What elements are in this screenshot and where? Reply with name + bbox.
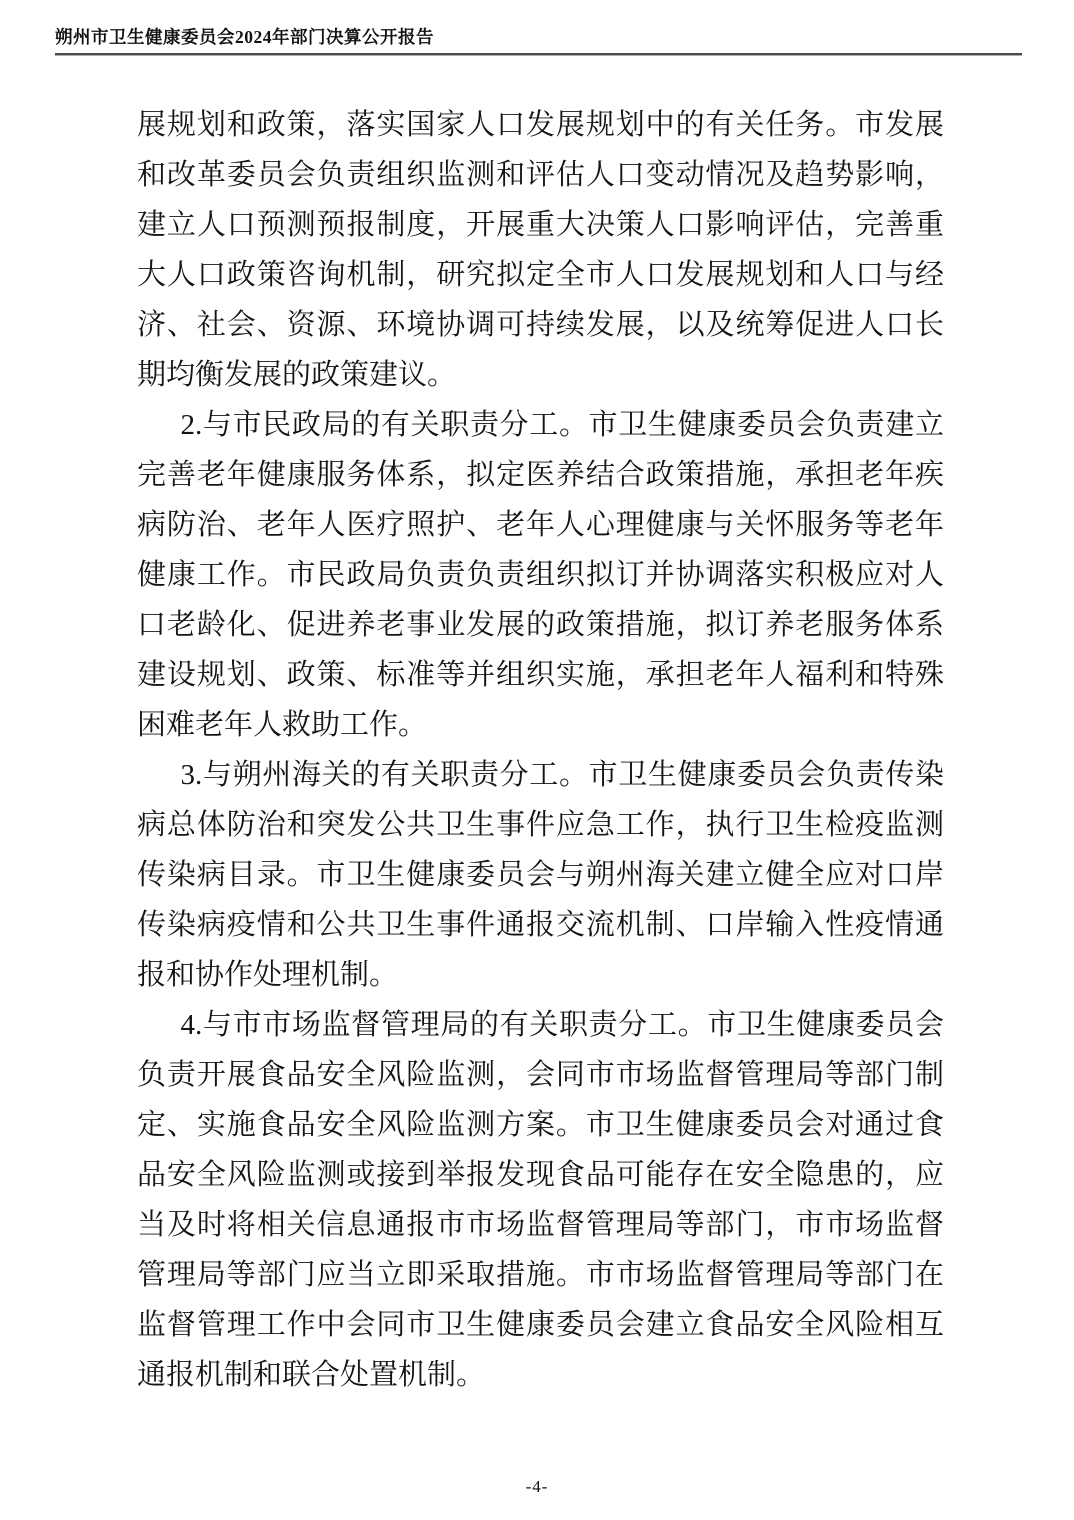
document-body: 展规划和政策，落实国家人口发展规划中的有关任务。市发展和改革委员会负责组织监测和… — [137, 100, 944, 1400]
paragraph: 4.与市市场监督管理局的有关职责分工。市卫生健康委员会负责开展食品安全风险监测，… — [137, 1000, 944, 1400]
page-header: 朔州市卫生健康委员会2024年部门决算公开报告 — [55, 26, 1022, 56]
header-rule — [55, 53, 1022, 56]
page-number: -4- — [526, 1477, 549, 1496]
document-page: 朔州市卫生健康委员会2024年部门决算公开报告 展规划和政策，落实国家人口发展规… — [0, 0, 1074, 1520]
page-footer: -4- — [0, 1477, 1074, 1497]
header-title: 朔州市卫生健康委员会2024年部门决算公开报告 — [55, 26, 1022, 48]
paragraph: 3.与朔州海关的有关职责分工。市卫生健康委员会负责传染病总体防治和突发公共卫生事… — [137, 750, 944, 1000]
paragraph: 展规划和政策，落实国家人口发展规划中的有关任务。市发展和改革委员会负责组织监测和… — [137, 100, 944, 400]
paragraph: 2.与市民政局的有关职责分工。市卫生健康委员会负责建立完善老年健康服务体系，拟定… — [137, 400, 944, 750]
